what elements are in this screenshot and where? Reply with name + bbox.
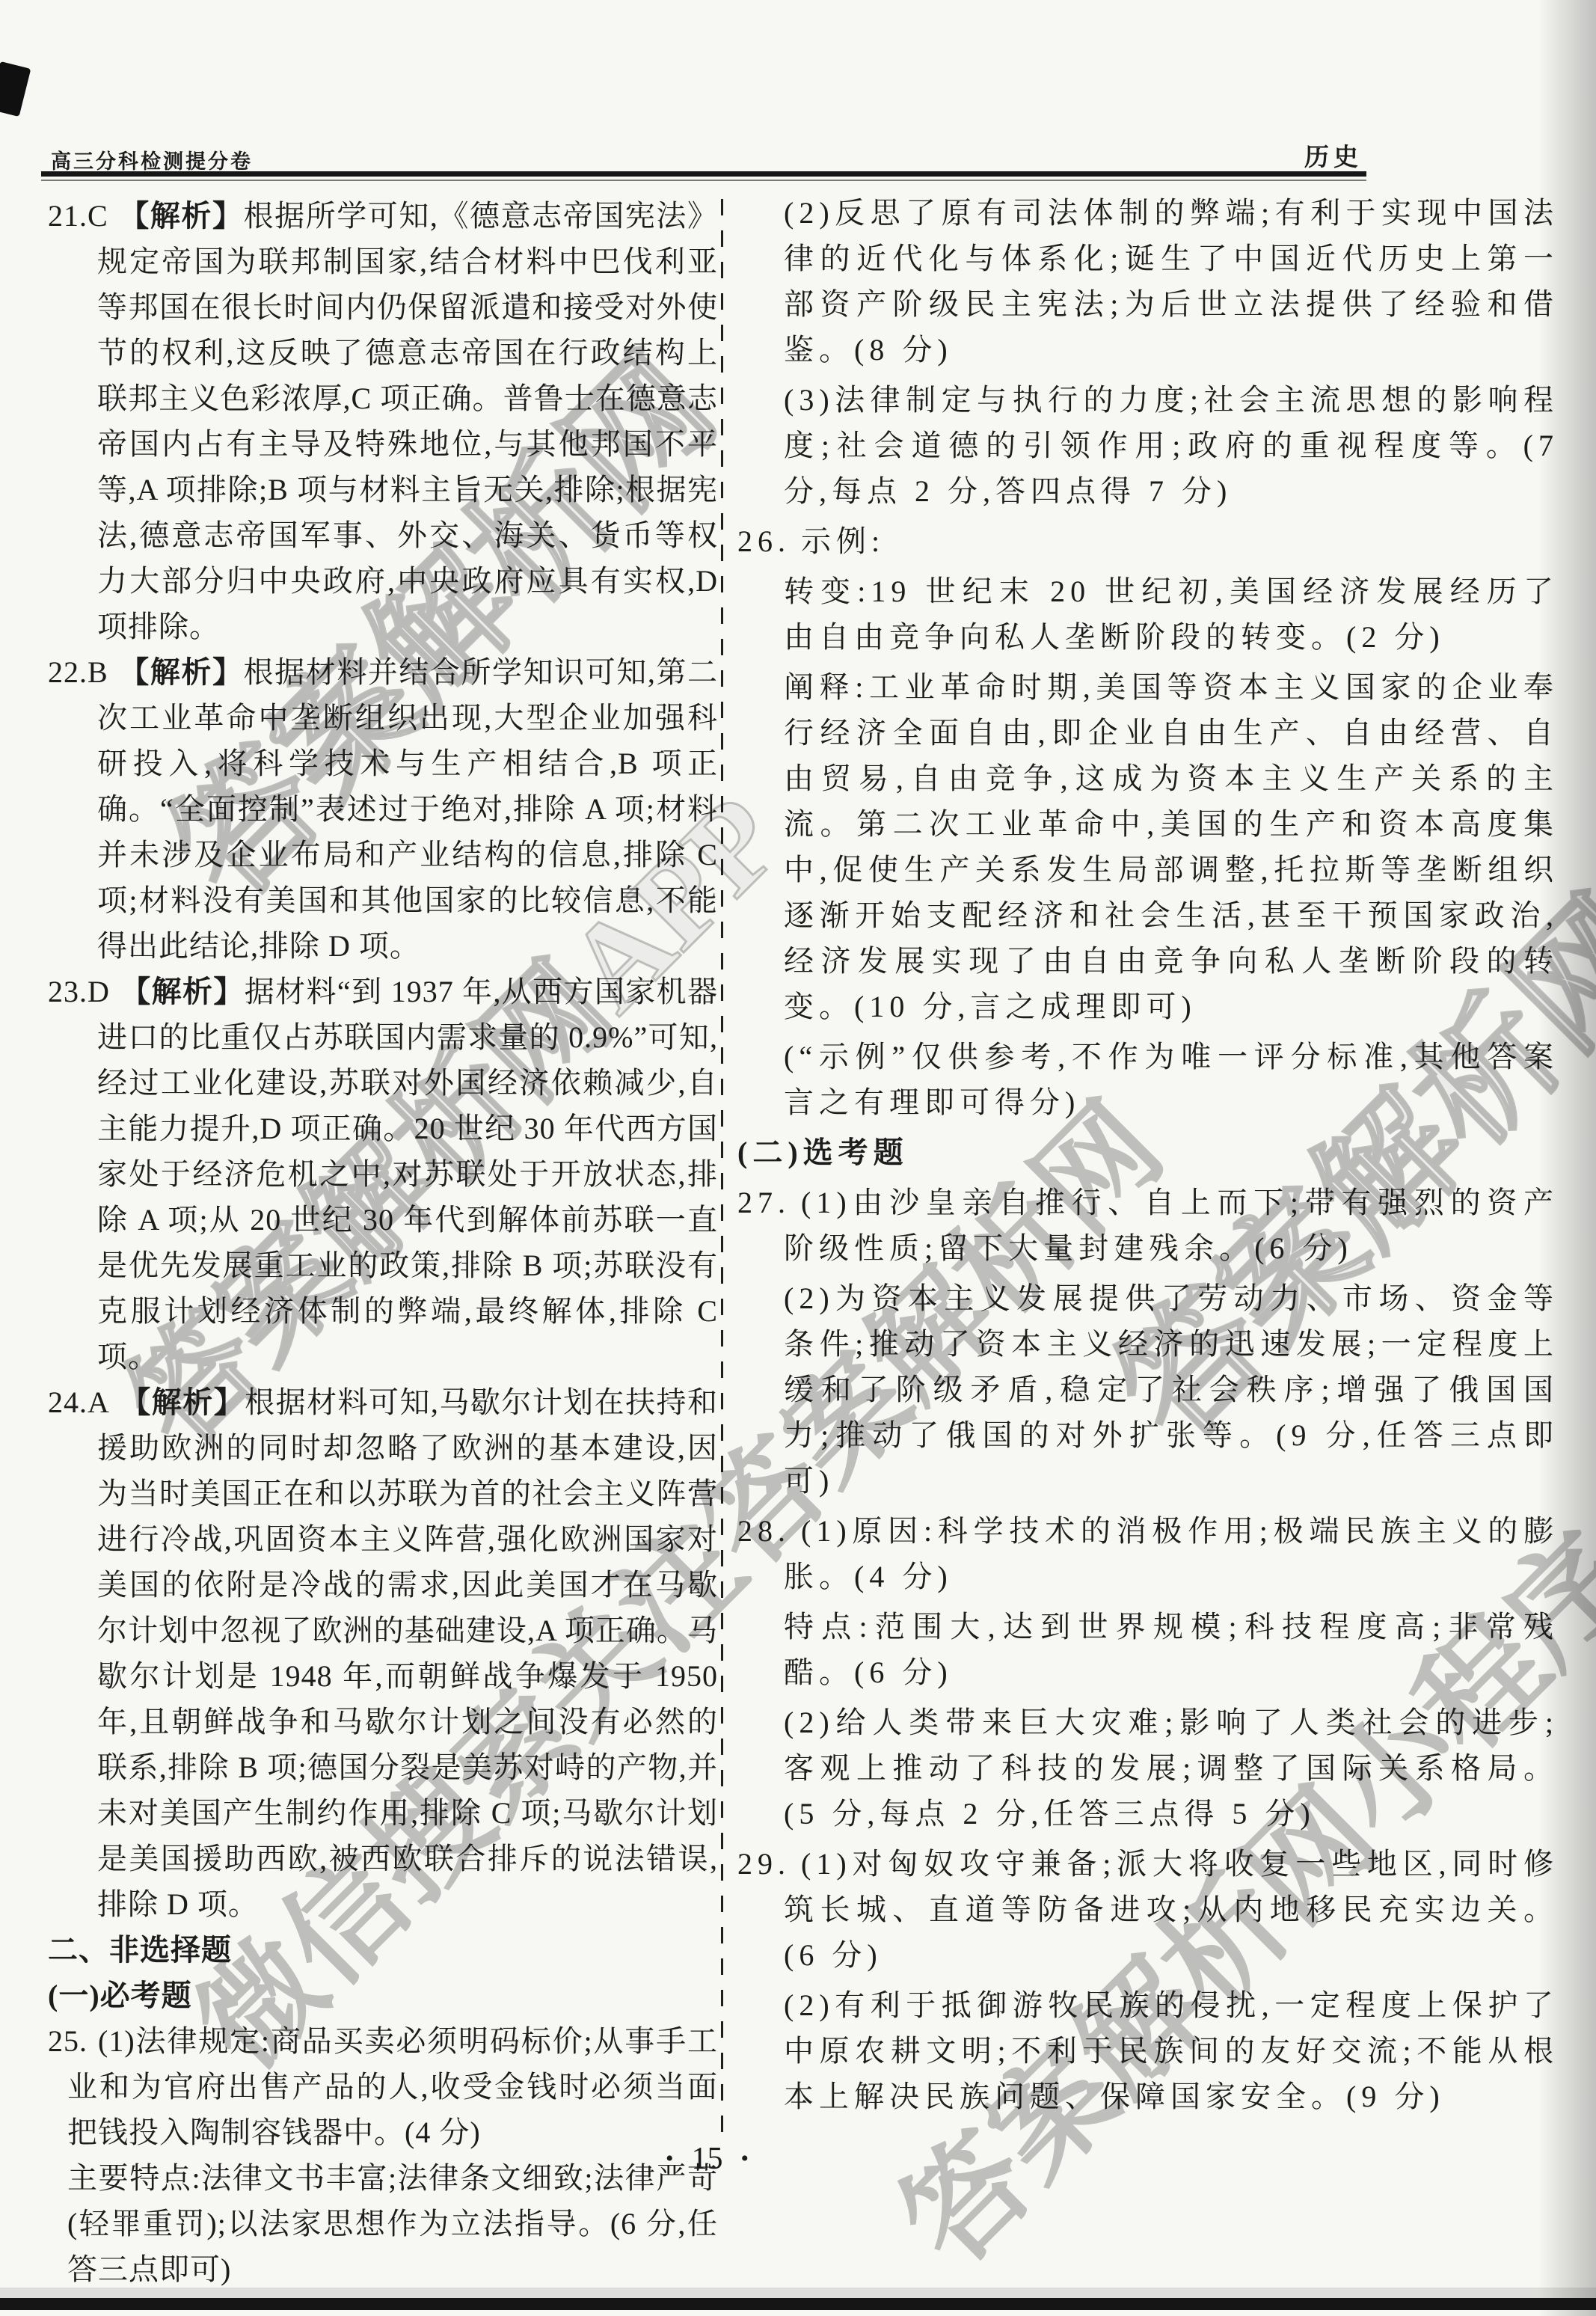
section-heading-elective: (二)选考题	[737, 1130, 1559, 1175]
answer-item-23: 23.D【解析】据材料“到 1937 年,从西方国家机器进口的比重仅占苏联国内需…	[48, 969, 718, 1379]
scan-edge-right	[1538, 0, 1596, 2316]
answer-text: 特点:范围大,达到世界规模;科技程度高;非常残酷。(6 分)	[784, 1610, 1559, 1689]
answer-text: (“示例”仅供参考,不作为唯一评分标准,其他答案言之有理即可得分)	[784, 1040, 1559, 1119]
answer-text: (2)为资本主义发展提供了劳动力、市场、资金等条件;推动了资本主义经济的迅速发展…	[784, 1281, 1559, 1498]
column-divider	[721, 199, 723, 2138]
answer-text: (2)有利于抵御游牧民族的侵扰,一定程度上保护了中原农耕文明;不利于民族间的友好…	[784, 1988, 1559, 2113]
analysis-tag: 【解析】	[120, 975, 245, 1008]
answer-text: 据材料“到 1937 年,从西方国家机器进口的比重仅占苏联国内需求量的 0.9%…	[97, 975, 718, 1373]
answer-item-29-p2: (2)有利于抵御游牧民族的侵扰,一定程度上保护了中原农耕文明;不利于民族间的友好…	[737, 1982, 1559, 2119]
answer-text: 根据材料并结合所学知识可知,第二次工业革命中垄断组织出现,大型企业加强科研投入,…	[97, 655, 718, 963]
scanned-answer-page: 答案解析网 答案解析网APP 微信搜索关注答案解析网 答案解析网 答案解析网小程…	[0, 0, 1596, 2316]
section-heading-non-mcq: 二、非选择题	[48, 1927, 718, 1973]
answer-text: (2)反思了原有司法体制的弊端;有利于实现中国法律的近代化与体系化;诞生了中国近…	[784, 196, 1559, 367]
answer-item-26-p2: 转变:19 世纪末 20 世纪初,美国经济发展经历了由自由竞争向私人垄断阶段的转…	[737, 569, 1559, 660]
page-number-dot-left: •	[666, 2143, 674, 2175]
answer-number: 23.D	[48, 975, 110, 1008]
answer-text: (3)法律制定与执行的力度;社会主流思想的影响程度;社会道德的引领作用;政府的重…	[784, 383, 1559, 508]
answer-item-27-p2: (2)为资本主义发展提供了劳动力、市场、资金等条件;推动了资本主义经济的迅速发展…	[737, 1275, 1559, 1504]
right-column: (2)反思了原有司法体制的弊端;有利于实现中国法律的近代化与体系化;诞生了中国近…	[737, 190, 1559, 2124]
answer-item-28-p2: 特点:范围大,达到世界规模;科技程度高;非常残酷。(6 分)	[737, 1604, 1559, 1695]
header-rule	[41, 171, 1366, 177]
answer-item-24: 24.A【解析】根据材料可知,马歇尔计划在扶持和援助欧洲的同时却忽略了欧洲的基本…	[48, 1379, 718, 1927]
answer-number: 25.	[48, 2024, 88, 2058]
answer-number: 22.B	[48, 655, 108, 689]
answer-number: 29.	[737, 1847, 791, 1881]
answer-item-22: 22.B【解析】根据材料并结合所学知识可知,第二次工业革命中垄断组织出现,大型企…	[48, 649, 718, 969]
page-number-block: • 15 •	[666, 2141, 749, 2177]
scan-edge-bottom-shadow	[0, 2288, 1596, 2298]
section-heading-required: (一)必考题	[48, 1973, 718, 2018]
answer-number: 27.	[737, 1186, 791, 1219]
answer-text: 主要特点:法律文书丰富;法律条文细致;法律严苛(轻罪重罚);以法家思想作为立法指…	[67, 2161, 718, 2286]
exam-title: 高三分科检测提分卷	[51, 145, 253, 174]
header-rule-thin	[41, 180, 1366, 181]
answer-item-26-p1: 26.示例:	[737, 518, 1559, 564]
answer-text: 根据材料可知,马歇尔计划在扶持和援助欧洲的同时却忽略了欧洲的基本建设,因为当时美…	[97, 1385, 718, 1921]
answer-text: (1)对匈奴攻守兼备;派大将收复一些地区,同时修筑长城、直道等防备进攻;从内地移…	[784, 1847, 1559, 1972]
answer-number: 28.	[737, 1514, 791, 1548]
answer-text: (1)法律规定:商品买卖必须明码标价;从事手工业和为官府出售产品的人,收受金钱时…	[67, 2024, 718, 2149]
analysis-tag: 【解析】	[119, 199, 244, 233]
answer-item-28-p1: 28.(1)原因:科学技术的消极作用;极端民族主义的膨胀。(4 分)	[737, 1508, 1559, 1599]
analysis-tag: 【解析】	[119, 655, 244, 689]
answer-item-29-p1: 29.(1)对匈奴攻守兼备;派大将收复一些地区,同时修筑长城、直道等防备进攻;从…	[737, 1841, 1559, 1978]
answer-text: 根据所学可知,《德意志帝国宪法》规定帝国为联邦制国家,结合材料中巴伐利亚等邦国在…	[97, 199, 718, 643]
answer-item-25-p1: 25.(1)法律规定:商品买卖必须明码标价;从事手工业和为官府出售产品的人,收受…	[48, 2018, 718, 2155]
answer-item-25-p3: (2)反思了原有司法体制的弊端;有利于实现中国法律的近代化与体系化;诞生了中国近…	[737, 190, 1559, 373]
answer-item-27-p1: 27.(1)由沙皇亲自推行、自上而下;带有强烈的资产阶级性质;留下大量封建残余。…	[737, 1180, 1559, 1271]
scan-edge-bottom-line	[0, 2298, 1596, 2310]
answer-number: 26.	[737, 524, 791, 558]
answer-item-25-p4: (3)法律制定与执行的力度;社会主流思想的影响程度;社会道德的引领作用;政府的重…	[737, 377, 1559, 514]
analysis-tag: 【解析】	[120, 1385, 245, 1419]
answer-text: 转变:19 世纪末 20 世纪初,美国经济发展经历了由自由竞争向私人垄断阶段的转…	[784, 575, 1559, 654]
page-number: 15	[692, 2141, 723, 2177]
left-column: 21.C【解析】根据所学可知,《德意志帝国宪法》规定帝国为联邦制国家,结合材料中…	[48, 193, 718, 2292]
answer-item-21: 21.C【解析】根据所学可知,《德意志帝国宪法》规定帝国为联邦制国家,结合材料中…	[48, 193, 718, 649]
scan-corner-mark	[0, 61, 31, 117]
answer-item-26-p3: 阐释:工业革命时期,美国等资本主义国家的企业奉行经济全面自由,即企业自由生产、自…	[737, 664, 1559, 1029]
answer-text: (1)由沙皇亲自推行、自上而下;带有强烈的资产阶级性质;留下大量封建残余。(6 …	[784, 1186, 1559, 1265]
answer-text: (1)原因:科学技术的消极作用;极端民族主义的膨胀。(4 分)	[784, 1514, 1559, 1593]
answer-text: 阐释:工业革命时期,美国等资本主义国家的企业奉行经济全面自由,即企业自由生产、自…	[784, 670, 1559, 1023]
answer-item-25-p2: 主要特点:法律文书丰富;法律条文细致;法律严苛(轻罪重罚);以法家思想作为立法指…	[48, 2155, 718, 2292]
subject-title: 历史	[1304, 138, 1363, 173]
page-number-dot-right: •	[741, 2143, 749, 2175]
answer-number: 24.A	[48, 1385, 110, 1419]
answer-item-26-p4: (“示例”仅供参考,不作为唯一评分标准,其他答案言之有理即可得分)	[737, 1034, 1559, 1125]
answer-text: (2)给人类带来巨大灾难;影响了人类社会的进步;客观上推动了科技的发展;调整了国…	[784, 1706, 1559, 1831]
answer-number: 21.C	[48, 199, 108, 233]
answer-text: 示例:	[801, 524, 885, 558]
answer-item-28-p3: (2)给人类带来巨大灾难;影响了人类社会的进步;客观上推动了科技的发展;调整了国…	[737, 1700, 1559, 1836]
